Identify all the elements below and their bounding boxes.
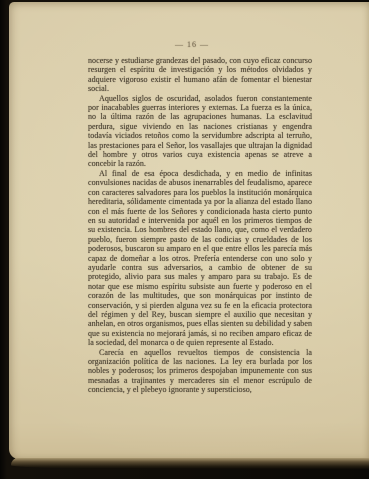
- paragraph: Aquellos siglos de oscuridad, asolados f…: [88, 94, 312, 169]
- text-block: nocerse y estudiarse grandezas del pasad…: [88, 56, 312, 395]
- book-page: — 16 — nocerse y estudiarse grandezas de…: [9, 2, 369, 459]
- paragraph: Carecía en aquellos revueltos tiempos de…: [88, 348, 312, 395]
- page-bottom-edge: [11, 458, 369, 469]
- page-number: — 16 —: [79, 40, 305, 49]
- scan-background: — 16 — nocerse y estudiarse grandezas de…: [0, 0, 369, 479]
- paragraph: nocerse y estudiarse grandezas del pasad…: [88, 56, 312, 94]
- paragraph: Al final de esa época desdichada, y en m…: [88, 169, 312, 348]
